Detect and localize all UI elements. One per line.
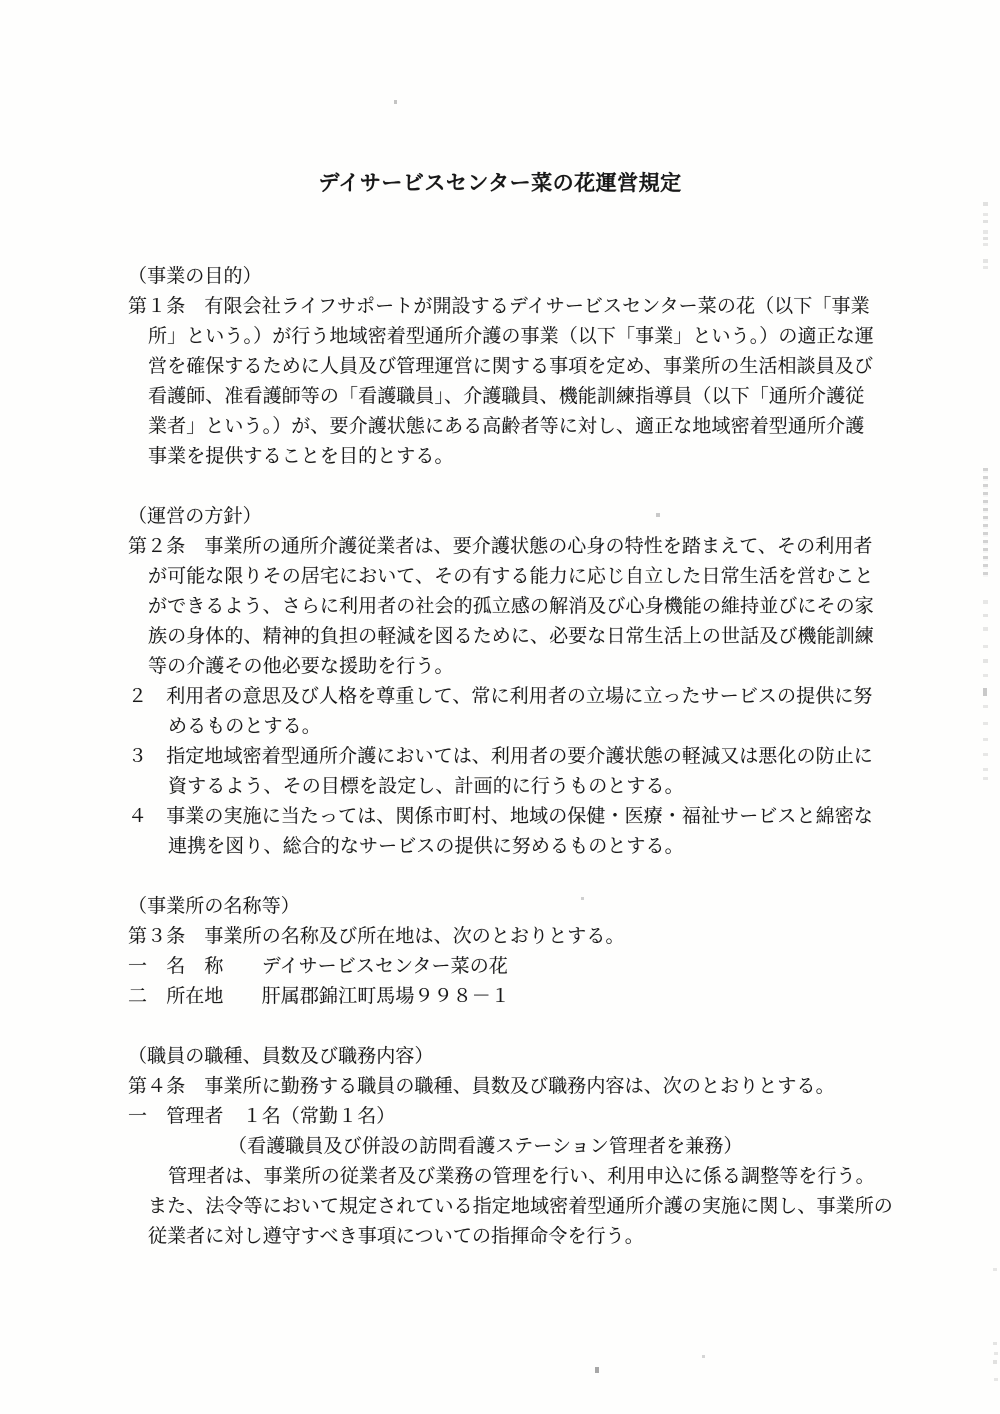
scan-edge-noise [993, 1360, 997, 1364]
section-heading: （職員の職種、員数及び職務内容） [128, 1042, 940, 1072]
doc-line: 資するよう、その目標を設定し、計画的に行うものとする。 [128, 772, 940, 802]
scan-edge-noise [983, 674, 988, 677]
scan-edge-noise [983, 266, 988, 269]
scan-edge-noise [983, 627, 988, 631]
section-heading: （運営の方針） [128, 502, 940, 532]
doc-line: 第４条 事業所に勤務する職員の職種、員数及び職務内容は、次のとおりとする。 [128, 1072, 940, 1102]
scan-speck [656, 513, 660, 517]
doc-line: ２ 利用者の意思及び人格を尊重して、常に利用者の立場に立ったサービスの提供に努 [128, 682, 940, 712]
doc-line: 第２条 事業所の通所介護従業者は、要介護状態の心身の特性を踏まえて、その利用者 [128, 532, 940, 562]
doc-line: 業者」という。）が、要介護状態にある高齢者等に対し、適正な地域密着型通所介護 [128, 412, 940, 442]
scan-edge-noise [983, 600, 988, 604]
scan-edge-noise [983, 705, 988, 708]
section-heading: （事業の目的） [128, 262, 940, 292]
doc-line: 族の身体的、精神的負担の軽減を図るために、必要な日常生活上の世話及び機能訓練 [128, 622, 940, 652]
document-title: デイサービスセンター菜の花運営規定 [0, 168, 1000, 198]
doc-line: 二 所在地 肝属郡錦江町馬場９９８－１ [128, 982, 940, 1012]
scan-edge-noise [983, 614, 988, 617]
doc-line: 管理者は、事業所の従業者及び業務の管理を行い、利用申込に係る調整等を行う。 [128, 1162, 940, 1192]
doc-line: また、法令等において規定されている指定地域密着型通所介護の実施に関し、事業所の [128, 1192, 940, 1222]
section-staff-roles: （職員の職種、員数及び職務内容） 第４条 事業所に勤務する職員の職種、員数及び職… [128, 1042, 940, 1252]
doc-line: 事業を提供することを目的とする。 [128, 442, 940, 472]
doc-line: （看護職員及び併設の訪問看護ステーション管理者を兼務） [128, 1132, 940, 1162]
doc-line: が可能な限りその居宅において、その有する能力に応じ自立した日常生活を営むこと [128, 562, 940, 592]
scan-speck [581, 897, 584, 900]
scan-edge-noise [994, 1352, 998, 1355]
scan-speck [394, 100, 397, 104]
doc-line: 営を確保するために人員及び管理運営に関する事項を定め、事業所の生活相談員及び [128, 352, 940, 382]
section-business-purpose: （事業の目的） 第１条 有限会社ライフサポートが開設するデイサービスセンター菜の… [128, 262, 940, 472]
scan-edge-noise [983, 768, 988, 771]
scan-edge-noise [983, 753, 988, 756]
doc-line: 一 管理者 １名（常勤１名） [128, 1102, 940, 1132]
section-heading: （事業所の名称等） [128, 892, 940, 922]
section-operation-policy: （運営の方針） 第２条 事業所の通所介護従業者は、要介護状態の心身の特性を踏まえ… [128, 502, 940, 862]
scan-edge-noise [983, 688, 987, 696]
scan-edge-noise [983, 722, 988, 725]
scan-edge-noise [983, 659, 988, 663]
doc-line: 一 名 称 デイサービスセンター菜の花 [128, 952, 940, 982]
scan-speck [595, 1367, 599, 1373]
scan-edge-noise-strip [983, 468, 988, 580]
doc-line: めるものとする。 [128, 712, 940, 742]
scan-edge-noise [983, 220, 988, 223]
doc-line: 等の介護その他必要な援助を行う。 [128, 652, 940, 682]
scan-edge-noise [993, 1342, 997, 1345]
scan-speck [702, 1355, 705, 1358]
doc-line: 従業者に対し遵守すべき事項についての指揮命令を行う。 [128, 1222, 940, 1252]
scan-edge-noise [983, 645, 988, 648]
scan-edge-noise [983, 230, 988, 234]
scan-edge-noise [994, 1378, 998, 1381]
doc-line: ４ 事業の実施に当たっては、関係市町村、地域の保健・医療・福祉サービスと綿密な [128, 802, 940, 832]
doc-line: 看護師、准看護師等の「看護職員」、介護職員、機能訓練指導員（以下「通所介護従 [128, 382, 940, 412]
scan-edge-noise [983, 237, 988, 240]
scan-edge-noise [983, 259, 988, 263]
doc-line: 連携を図り、総合的なサービスの提供に努めるものとする。 [128, 832, 940, 862]
scan-edge-noise [983, 243, 988, 246]
scanned-document-page: デイサービスセンター菜の花運営規定 （事業の目的） 第１条 有限会社ライフサポー… [0, 0, 1000, 1414]
doc-line: ができるよう、さらに利用者の社会的孤立感の解消及び心身機能の維持並びにその家 [128, 592, 940, 622]
scan-edge-noise [983, 202, 988, 206]
scan-edge-noise [983, 213, 988, 216]
scan-edge-noise [983, 777, 988, 780]
doc-line: 所」という。）が行う地域密着型通所介護の事業（以下「事業」という。）の適正な運 [128, 322, 940, 352]
document-body: （事業の目的） 第１条 有限会社ライフサポートが開設するデイサービスセンター菜の… [0, 262, 1000, 1252]
scan-edge-noise [993, 1268, 997, 1271]
doc-line: 第３条 事業所の名称及び所在地は、次のとおりとする。 [128, 922, 940, 952]
scan-edge-noise [983, 738, 988, 741]
section-office-name: （事業所の名称等） 第３条 事業所の名称及び所在地は、次のとおりとする。 一 名… [128, 892, 940, 1012]
doc-line: 第１条 有限会社ライフサポートが開設するデイサービスセンター菜の花（以下「事業 [128, 292, 940, 322]
doc-line: ３ 指定地域密着型通所介護においては、利用者の要介護状態の軽減又は悪化の防止に [128, 742, 940, 772]
